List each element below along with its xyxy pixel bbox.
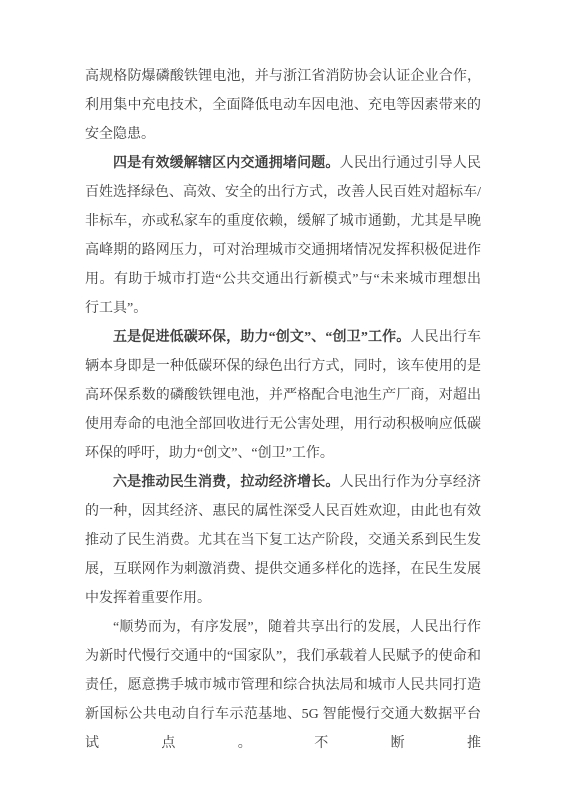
paragraph-lead: 五是促进低碳环保，助力“创文”、“创卫”工作。 [113,330,410,345]
paragraph: 高规格防爆磷酸铁锂电池，并与浙江省消防协会认证企业合作，利用集中充电技术，全面降… [85,62,481,149]
paragraph: 四是有效缓解辖区内交通拥堵问题。人民出行通过引导人民百姓选择绿色、高效、安全的出… [85,149,481,323]
paragraph-text: 高规格防爆磷酸铁锂电池，并与浙江省消防协会认证企业合作，利用集中充电技术，全面降… [85,69,481,142]
paragraph: 六是推动民生消费，拉动经济增长。人民出行作为分享经济的一种，因其经济、惠民的属性… [85,468,481,613]
paragraph: 五是促进低碳环保，助力“创文”、“创卫”工作。人民出行车辆本身即是一种低碳环保的… [85,323,481,468]
document-page: 高规格防爆磷酸铁锂电池，并与浙江省消防协会认证企业合作，利用集中充电技术，全面降… [0,0,566,800]
paragraph-text: 人民出行车辆本身即是一种低碳环保的绿色出行方式，同时，该车使用的是高环保系数的磷… [85,330,481,461]
paragraph-text: “顺势而为，有序发展”，随着共享出行的发展，人民出行作为新时代慢行交通中的“国家… [85,620,481,751]
paragraph: “顺势而为，有序发展”，随着共享出行的发展，人民出行作为新时代慢行交通中的“国家… [85,613,481,758]
document-text-block: 高规格防爆磷酸铁锂电池，并与浙江省消防协会认证企业合作，利用集中充电技术，全面降… [85,62,481,758]
paragraph-text: 人民出行作为分享经济的一种，因其经济、惠民的属性深受人民百姓欢迎，由此也有效推动… [85,475,481,606]
paragraph-text: 人民出行通过引导人民百姓选择绿色、高效、安全的出行方式，改善人民百姓对超标车/非… [85,156,481,316]
paragraph-lead: 六是推动民生消费，拉动经济增长。 [113,475,340,490]
paragraph-lead: 四是有效缓解辖区内交通拥堵问题。 [113,156,340,171]
